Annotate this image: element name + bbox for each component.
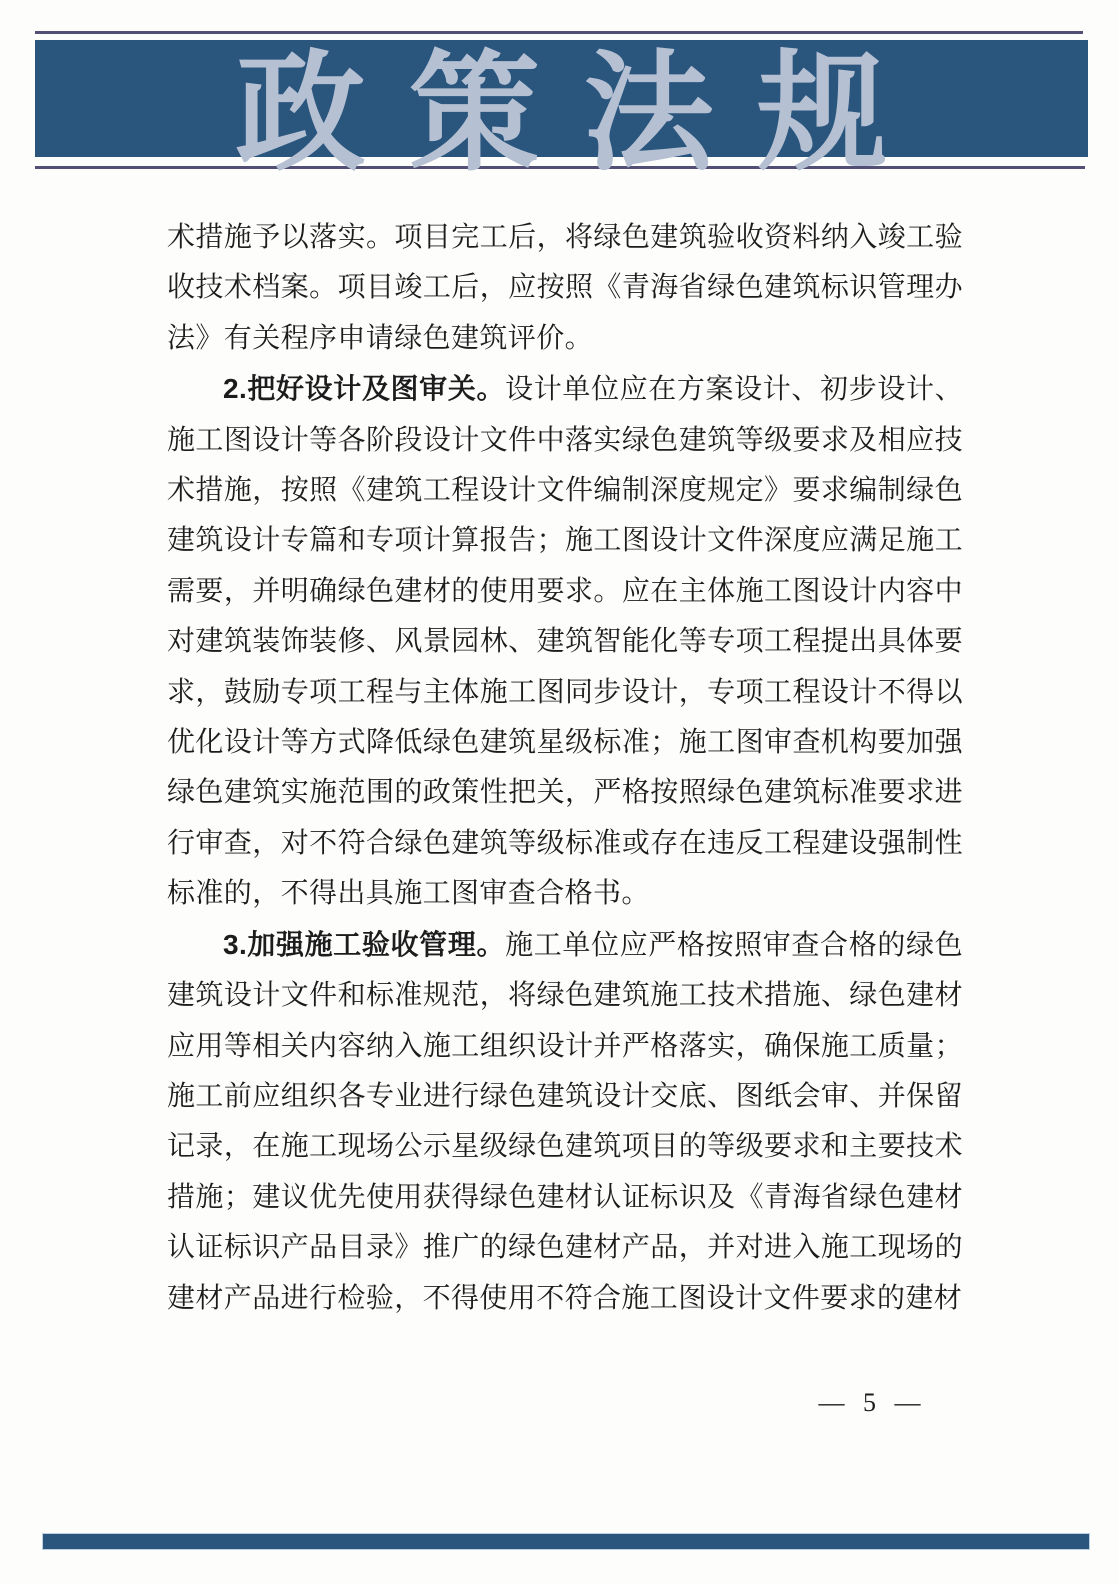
document-body: 术措施予以落实。项目完工后，将绿色建筑验收资料纳入竣工验收技术档案。项目竣工后，…: [167, 213, 963, 1324]
header-top-rule: [35, 31, 1083, 34]
paragraph-bold-label: 2.把好设计及图审关。: [223, 373, 505, 404]
paragraph-text: 术措施予以落实。项目完工后，将绿色建筑验收资料纳入竣工验收技术档案。项目竣工后，…: [167, 222, 963, 354]
paragraph-text: 施工单位应严格按照审查合格的绿色建筑设计文件和标准规范，将绿色建筑施工技术措施、…: [167, 930, 963, 1314]
paragraph-text: 设计单位应在方案设计、初步设计、施工图设计等各阶段设计文件中落实绿色建筑等级要求…: [167, 374, 963, 909]
footer-bar: [42, 1533, 1090, 1550]
paragraph-bold-label: 3.加强施工验收管理。: [223, 929, 505, 960]
paragraph-item-3: 3.加强施工验收管理。施工单位应严格按照审查合格的绿色建筑设计文件和标准规范，将…: [167, 920, 963, 1324]
paragraph-item-2: 2.把好设计及图审关。设计单位应在方案设计、初步设计、施工图设计等各阶段设计文件…: [167, 364, 963, 919]
paragraph-continuation: 术措施予以落实。项目完工后，将绿色建筑验收资料纳入竣工验收技术档案。项目竣工后，…: [167, 213, 963, 364]
header-banner: 政策法规: [35, 40, 1088, 157]
page-number: — 5 —: [775, 1388, 965, 1418]
document-page: 政策法规 术措施予以落实。项目完工后，将绿色建筑验收资料纳入竣工验收技术档案。项…: [0, 0, 1119, 1584]
page-section-title: 政策法规: [235, 48, 931, 178]
